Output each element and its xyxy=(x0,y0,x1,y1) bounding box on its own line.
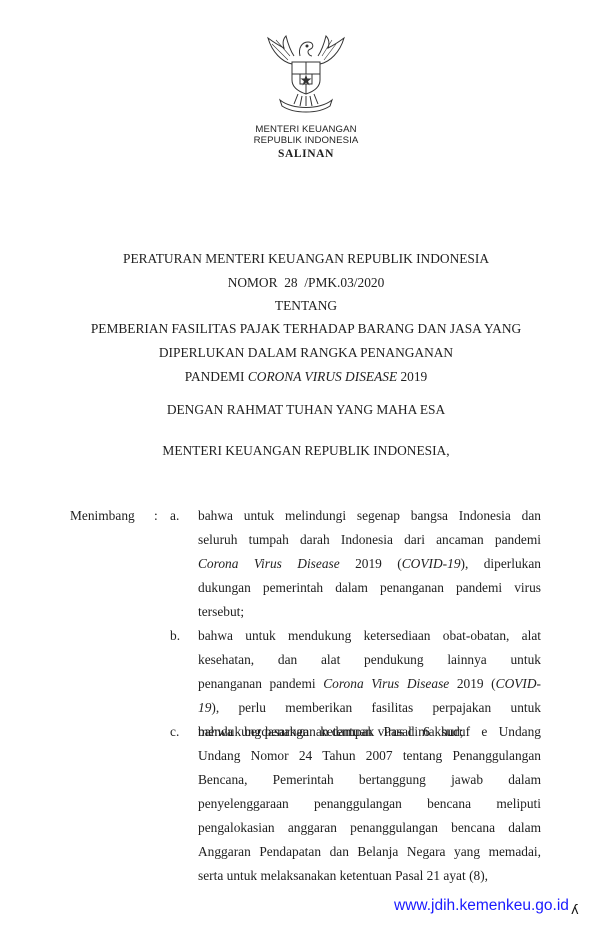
garuda-emblem-icon xyxy=(262,34,350,116)
text-line: serta untuk melaksanakan ketentuan Pasal… xyxy=(198,864,541,888)
text-line: bahwa untuk mendukung ketersediaan obat-… xyxy=(198,624,541,648)
text-line: penyelenggaraan penanggulangan bencana m… xyxy=(198,792,541,816)
ministry-name-line2: REPUBLIK INDONESIA xyxy=(0,135,612,146)
subject-prefix: PANDEMI xyxy=(185,369,248,384)
subject-line-1: PEMBERIAN FASILITAS PAJAK TERHADAP BARAN… xyxy=(0,321,612,337)
text-line: penanganan pandemi Corona Virus Disease … xyxy=(198,672,541,696)
invocation: DENGAN RAHMAT TUHAN YANG MAHA ESA xyxy=(0,402,612,418)
text-line: Undang Nomor 24 Tahun 2007 tentang Penan… xyxy=(198,744,541,768)
text-line: seluruh tumpah darah Indonesia dari anca… xyxy=(198,528,541,552)
text-line: bahwa berdasarkan ketentuan Pasal 6 huru… xyxy=(198,720,541,744)
jdih-website-link[interactable]: www.jdih.kemenkeu.go.id xyxy=(394,897,569,915)
ministry-name-line1: MENTERI KEUANGAN xyxy=(0,124,612,135)
consideration-marker: a. xyxy=(170,508,179,524)
subject-italic: CORONA VIRUS DISEASE xyxy=(248,369,397,384)
text-line: Anggaran Pendapatan dan Belanja Negara y… xyxy=(198,840,541,864)
consideration-marker: b. xyxy=(170,628,180,644)
text-line: bahwa untuk melindungi segenap bangsa In… xyxy=(198,504,541,528)
text-line: Corona Virus Disease 2019 (COVID-19), di… xyxy=(198,552,541,576)
regulation-number: NOMOR 28 /PMK.03/2020 xyxy=(0,275,612,291)
considerations-colon: : xyxy=(154,508,158,524)
consideration-item: bahwa untuk melindungi segenap bangsa In… xyxy=(198,504,541,624)
handwritten-initial: ʎ xyxy=(571,903,579,918)
copy-label: SALINAN xyxy=(0,148,612,160)
text-line: tersebut; xyxy=(198,600,541,624)
authority: MENTERI KEUANGAN REPUBLIK INDONESIA, xyxy=(0,443,612,459)
subject-line-2: DIPERLUKAN DALAM RANGKA PENANGANAN xyxy=(0,345,612,361)
tentang-heading: TENTANG xyxy=(0,298,612,314)
text-line: kesehatan, dan alat pendukung lainnya un… xyxy=(198,648,541,672)
subject-line-3: PANDEMI CORONA VIRUS DISEASE 2019 xyxy=(0,369,612,385)
text-line: dukungan pemerintah dalam penanganan pan… xyxy=(198,576,541,600)
consideration-marker: c. xyxy=(170,724,179,740)
considerations-label: Menimbang xyxy=(70,508,135,524)
regulation-title: PERATURAN MENTERI KEUANGAN REPUBLIK INDO… xyxy=(0,251,612,267)
text-line: pengalokasian anggaran penanggulangan be… xyxy=(198,816,541,840)
text-line: Bencana, Pemerintah bertanggung jawab da… xyxy=(198,768,541,792)
text-line: 19), perlu memberikan fasilitas perpajak… xyxy=(198,696,541,720)
consideration-item: bahwa berdasarkan ketentuan Pasal 6 huru… xyxy=(198,720,541,888)
subject-suffix: 2019 xyxy=(397,369,427,384)
